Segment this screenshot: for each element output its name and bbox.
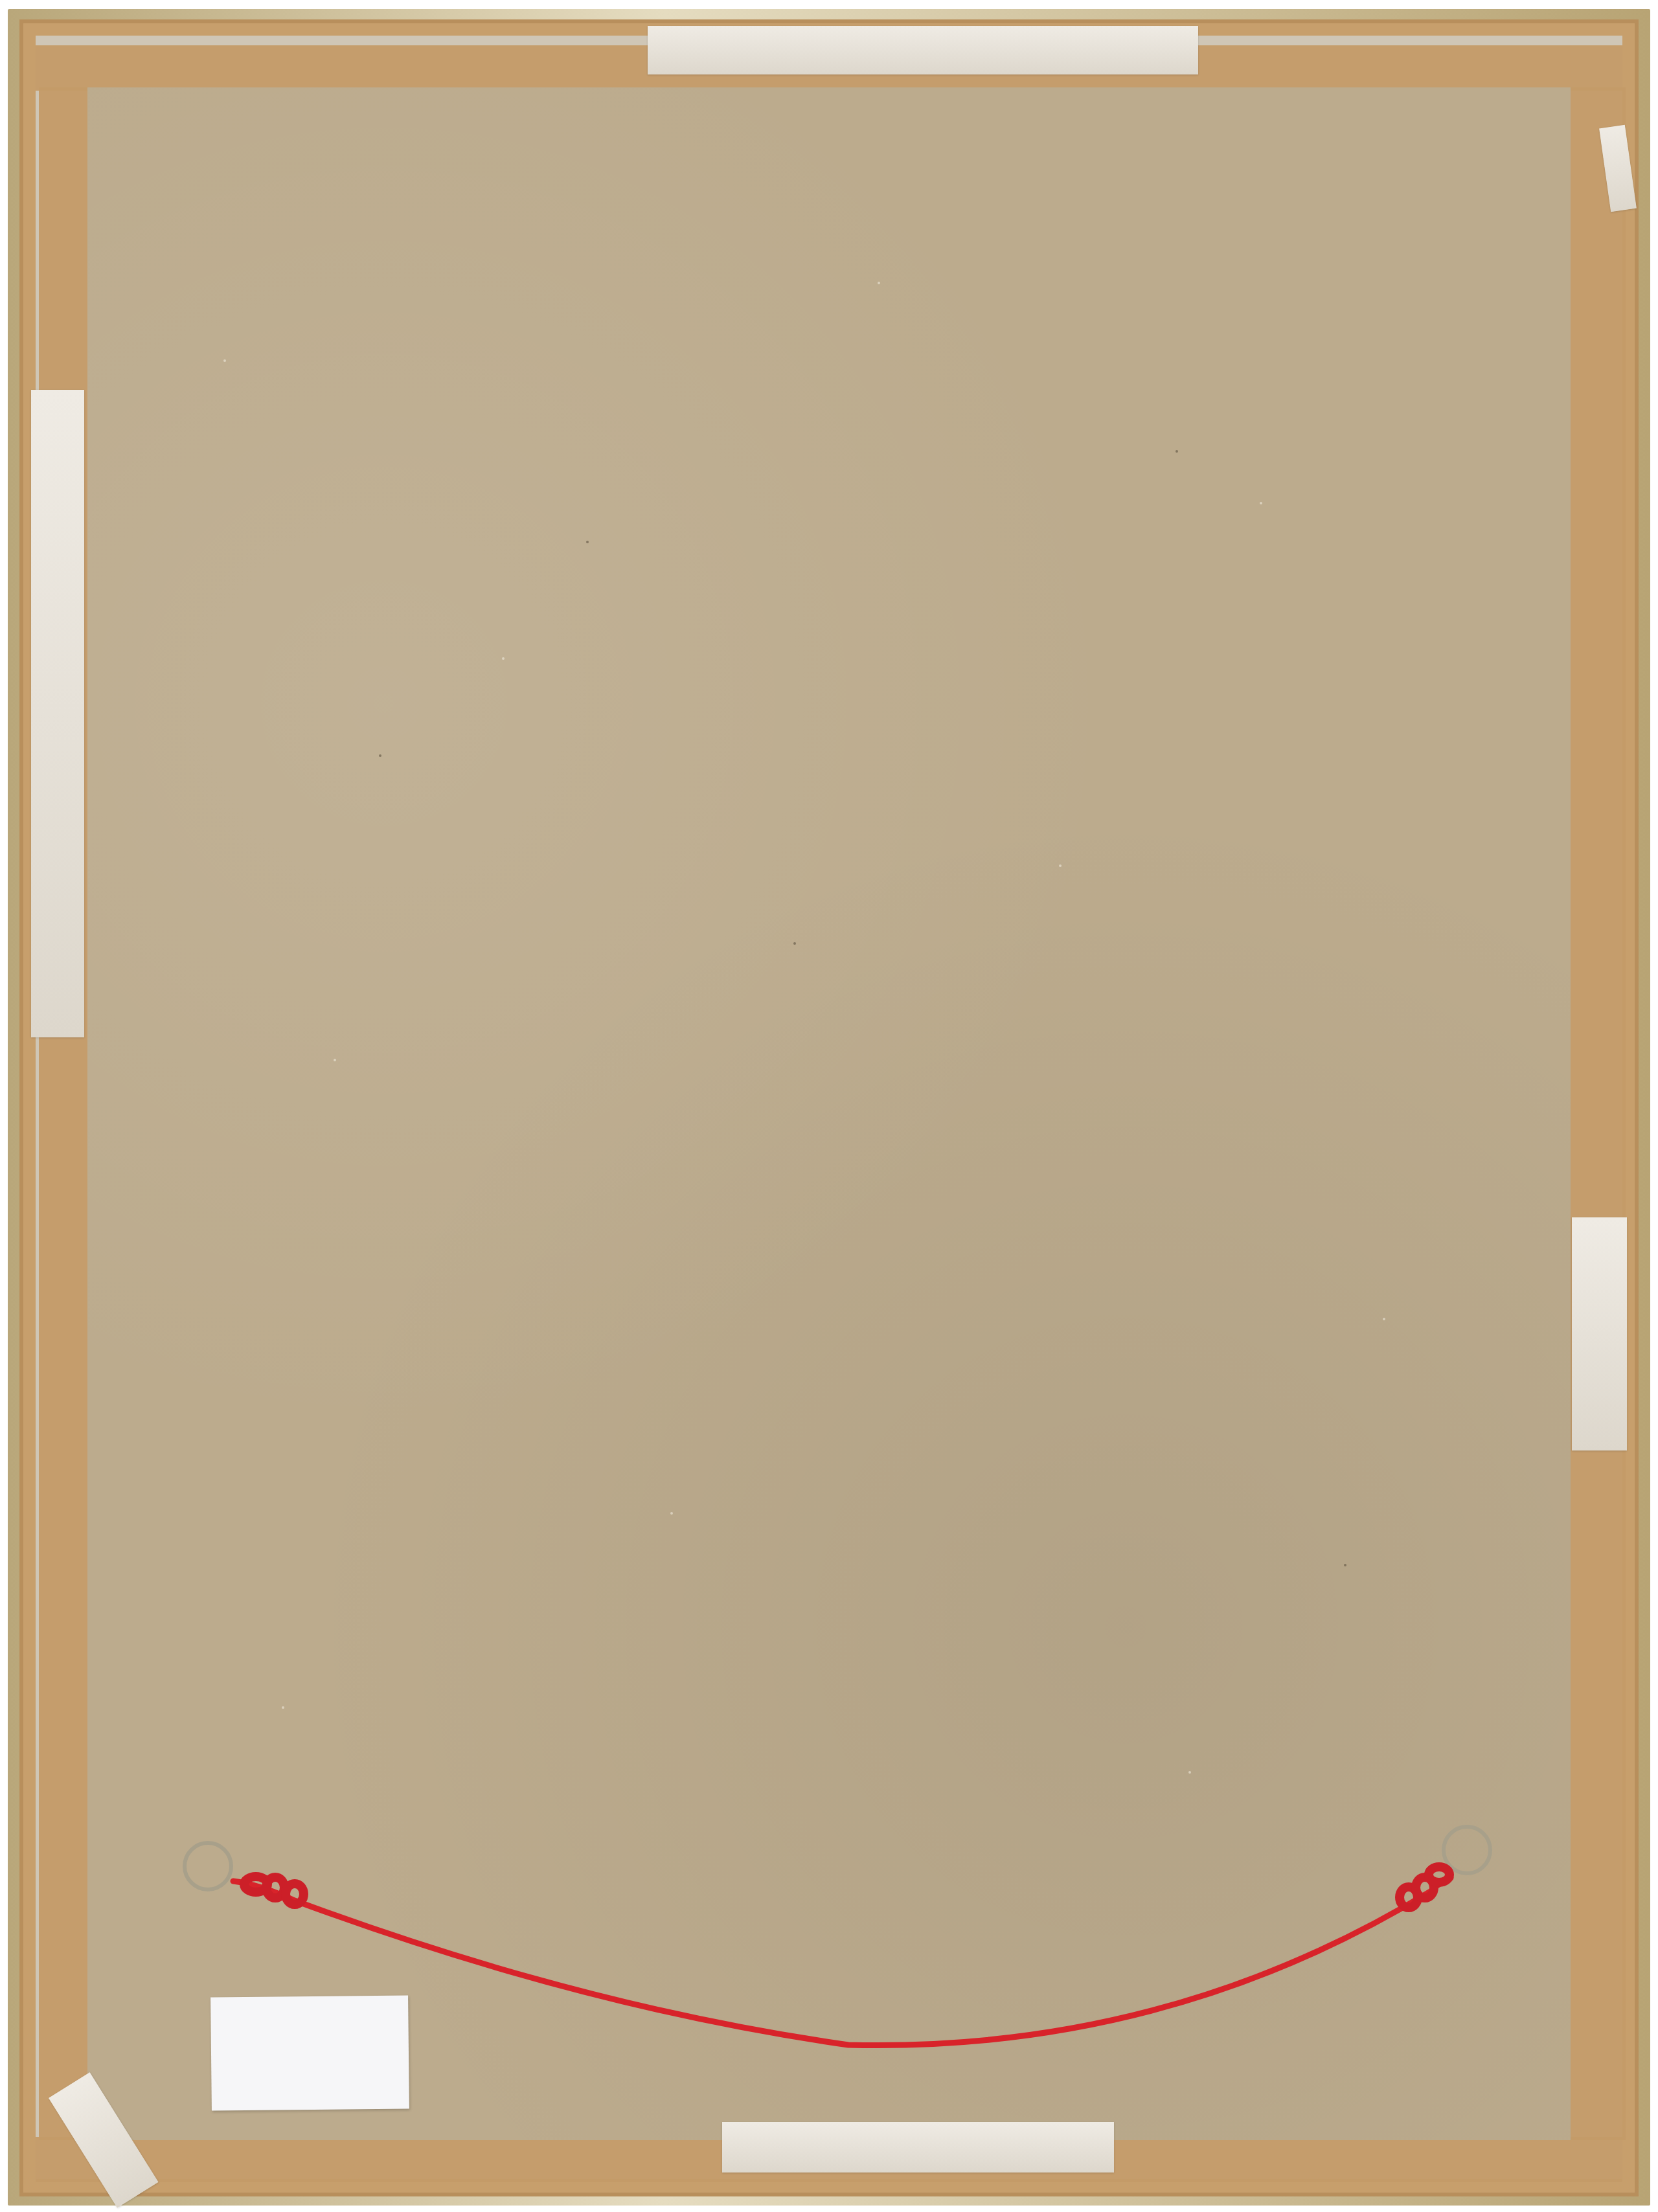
hanging-wire <box>0 0 1658 2212</box>
